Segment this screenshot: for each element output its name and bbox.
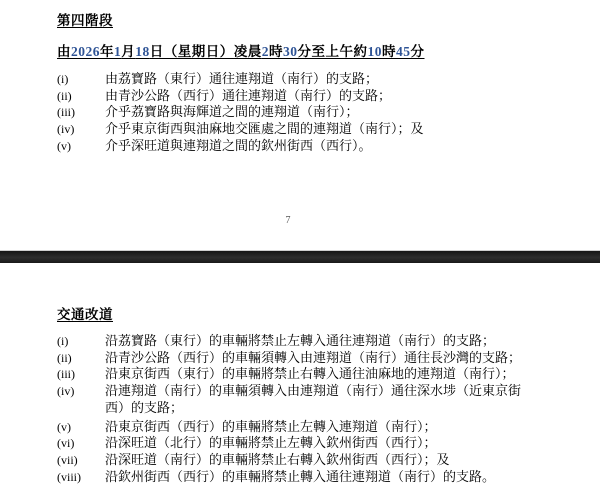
road-closure-list: (i)由荔寶路（東行）通往連翔道（南行）的支路；(ii)由青沙公路（西行）通往連… <box>57 71 525 155</box>
item-label: (iii) <box>57 366 105 383</box>
list-item: (i)沿荔寶路（東行）的車輛將禁止左轉入通往連翔道（南行）的支路； <box>57 333 525 350</box>
date-text-segment: 由 <box>57 44 71 59</box>
item-text: 沿深旺道（北行）的車輛將禁止左轉入欽州街西（西行）； <box>105 435 525 452</box>
item-label: (v) <box>57 138 105 155</box>
item-label: (iv) <box>57 383 105 400</box>
list-item: (iv)介乎東京街西與油麻地交匯處之間的連翔道（南行）；及 <box>57 121 525 138</box>
page-break-separator <box>0 250 600 263</box>
date-number-segment: 30 <box>283 44 298 59</box>
date-number-segment: 18 <box>135 44 150 59</box>
item-text: 沿連翔道（南行）的車輛須轉入由連翔道（南行）通往深水埗（近東京街西）的支路； <box>105 383 525 416</box>
phase-heading: 第四階段 <box>57 9 113 29</box>
item-label: (v) <box>57 419 105 436</box>
list-item: (iv)沿連翔道（南行）的車輛須轉入由連翔道（南行）通往深水埗（近東京街西）的支… <box>57 383 525 416</box>
item-text: 介乎東京街西與油麻地交匯處之間的連翔道（南行）；及 <box>105 121 525 138</box>
date-text-segment: 年 <box>100 44 114 59</box>
traffic-diversion-heading: 交通改道 <box>57 303 113 323</box>
list-item: (iii)沿東京街西（東行）的車輛將禁止右轉入通往油麻地的連翔道（南行）； <box>57 366 525 383</box>
item-label: (ii) <box>57 350 105 367</box>
item-label: (iii) <box>57 104 105 121</box>
document-page-2: 交通改道 (i)沿荔寶路（東行）的車輛將禁止左轉入通往連翔道（南行）的支路；(i… <box>0 263 600 500</box>
date-range-heading: 由2026年1月18日（星期日）凌晨2時30分至上午約10時45分 <box>57 40 425 60</box>
list-item: (vii)沿深旺道（南行）的車輛將禁止右轉入欽州街西（西行）；及 <box>57 452 525 469</box>
item-label: (iv) <box>57 121 105 138</box>
date-number-segment: 2 <box>262 44 269 59</box>
item-label: (viii) <box>57 469 105 486</box>
item-text: 沿深旺道（南行）的車輛將禁止右轉入欽州街西（西行）；及 <box>105 452 525 469</box>
item-text: 介乎荔寶路與海輝道之間的連翔道（南行）； <box>105 104 525 121</box>
page-number: 7 <box>0 215 576 226</box>
date-text-segment: 時 <box>269 44 283 59</box>
list-item: (ii)沿青沙公路（西行）的車輛須轉入由連翔道（南行）通往長沙灣的支路； <box>57 350 525 367</box>
date-number-segment: 2026 <box>71 44 100 59</box>
item-text: 沿荔寶路（東行）的車輛將禁止左轉入通往連翔道（南行）的支路； <box>105 333 525 350</box>
list-item: (i)由荔寶路（東行）通往連翔道（南行）的支路； <box>57 71 525 88</box>
item-label: (ii) <box>57 88 105 105</box>
list-item: (v)介乎深旺道與連翔道之間的欽州街西（西行）。 <box>57 138 525 155</box>
list-item: (viii)沿欽州街西（西行）的車輛將禁止轉入通往連翔道（南行）的支路。 <box>57 469 525 486</box>
item-text: 由荔寶路（東行）通往連翔道（南行）的支路； <box>105 71 525 88</box>
item-label: (i) <box>57 333 105 350</box>
date-text-segment: 分 <box>411 44 425 59</box>
item-text: 沿東京街西（西行）的車輛將禁止左轉入連翔道（南行）； <box>105 419 525 436</box>
list-item: (v)沿東京街西（西行）的車輛將禁止左轉入連翔道（南行）； <box>57 419 525 436</box>
item-text: 介乎深旺道與連翔道之間的欽州街西（西行）。 <box>105 138 525 155</box>
document-page-1: 第四階段 由2026年1月18日（星期日）凌晨2時30分至上午約10時45分 (… <box>0 0 600 250</box>
date-number-segment: 10 <box>368 44 383 59</box>
date-text-segment: 日（星期日）凌晨 <box>150 44 262 59</box>
item-label: (i) <box>57 71 105 88</box>
date-text-segment: 月 <box>121 44 135 59</box>
item-text: 沿東京街西（東行）的車輛將禁止右轉入通往油麻地的連翔道（南行）； <box>105 366 525 383</box>
item-label: (vii) <box>57 452 105 469</box>
date-text-segment: 分至上午約 <box>298 44 368 59</box>
item-text: 沿欽州街西（西行）的車輛將禁止轉入通往連翔道（南行）的支路。 <box>105 469 525 486</box>
date-number-segment: 45 <box>396 44 411 59</box>
list-item: (ii)由青沙公路（西行）通往連翔道（南行）的支路； <box>57 88 525 105</box>
item-text: 沿青沙公路（西行）的車輛須轉入由連翔道（南行）通往長沙灣的支路； <box>105 350 525 367</box>
item-text: 由青沙公路（西行）通往連翔道（南行）的支路； <box>105 88 525 105</box>
traffic-diversion-list: (i)沿荔寶路（東行）的車輛將禁止左轉入通往連翔道（南行）的支路；(ii)沿青沙… <box>57 333 525 485</box>
list-item: (vi)沿深旺道（北行）的車輛將禁止左轉入欽州街西（西行）； <box>57 435 525 452</box>
date-text-segment: 時 <box>382 44 396 59</box>
item-label: (vi) <box>57 435 105 452</box>
list-item: (iii)介乎荔寶路與海輝道之間的連翔道（南行）； <box>57 104 525 121</box>
